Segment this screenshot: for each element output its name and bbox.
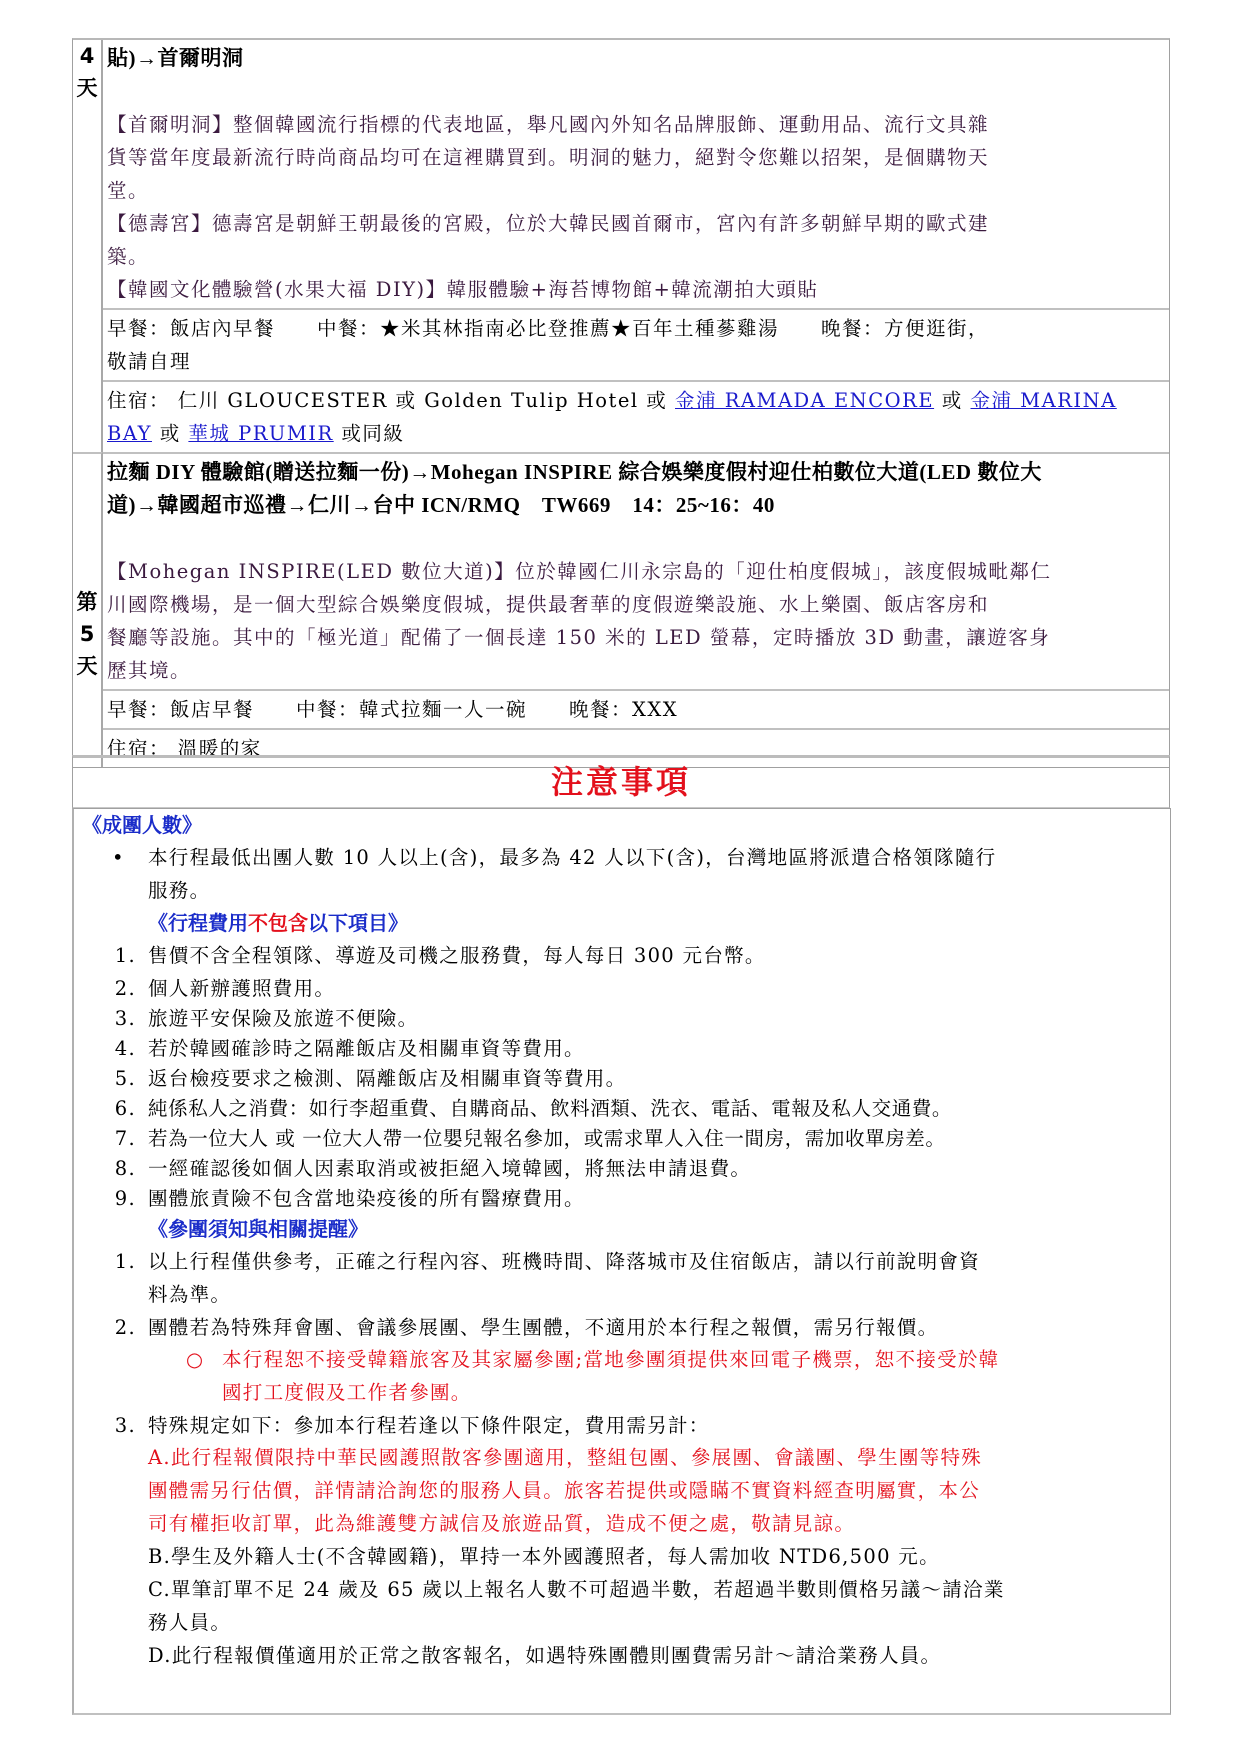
desc-line: 【韓國文化體驗營(水果大福 DIY)】韓服體驗+海苔博物館+韓流潮拍大頭貼 xyxy=(107,273,1163,306)
day5-desc-mohegan: 【Mohegan INSPIRE(LED 數位大道)】位於韓國仁川永宗島的「迎仕… xyxy=(107,555,1163,687)
notes-body: 《成團人數》 • 本行程最低出團人數 10 人以上(含)，最多為 42 人以下(… xyxy=(72,808,1171,1715)
excluded-item: 9.團體旅責險不包含當地染疫後的所有醫療費用。 xyxy=(74,1182,1164,1212)
hotel-link-ramada-encore[interactable]: 金浦 RAMADA ENCORE xyxy=(675,389,934,412)
item-number: 1. xyxy=(100,939,136,972)
item-text: 一經確認後如個人因素取消或被拒絕入境韓國，將無法申請退費。 xyxy=(148,1152,751,1185)
excluded-item: 8.一經確認後如個人因素取消或被拒絕入境韓國，將無法申請退費。 xyxy=(74,1152,1164,1182)
day4-content: 貼)→首爾明洞 【首爾明洞】整個韓國流行指標的代表地區，舉凡國內外知名品牌服飾、… xyxy=(103,40,1169,308)
item-number: 5. xyxy=(100,1062,136,1095)
route-line: 拉麵 DIY 體驗館(贈送拉麵一份)→Mohegan INSPIRE 綜合娛樂度… xyxy=(107,456,1163,489)
desc-line: 餐廳等設施。其中的「極光道」配備了一個長達 150 米的 LED 螢幕，定時播放… xyxy=(107,621,1163,654)
hotel-link-marina-bay[interactable]: 金浦 MARINA xyxy=(970,389,1116,412)
day4-meals: 早餐：飯店內早餐 中餐：★米其林指南必比登推薦★百年土種蔘雞湯 晚餐：方便逛街，… xyxy=(103,308,1169,380)
excluded-item: 6.純係私人之消費：如行李超重費、自購商品、飲料酒類、洗衣、電話、電報及私人交通… xyxy=(74,1092,1164,1122)
note-line: 料為準。 xyxy=(148,1278,980,1311)
note-line: 本行程恕不接受韓籍旅客及其家屬參團;當地參團須提供來回電子機票，恕不接受於韓 xyxy=(222,1343,999,1376)
item-text: 旅遊平安保險及旅遊不便險。 xyxy=(148,1002,418,1035)
item-text: 若為一位大人 或 一位大人帶一位嬰兒報名參加，或需求單人入住一間房，需加收單房差… xyxy=(148,1122,946,1155)
item-number: 3. xyxy=(100,1002,136,1035)
day5-content: 拉麵 DIY 體驗館(贈送拉麵一份)→Mohegan INSPIRE 綜合娛樂度… xyxy=(103,452,1169,689)
reminders-heading: 《參團須知與相關提醒》 xyxy=(148,1213,368,1245)
item-text: 純係私人之消費：如行李超重費、自購商品、飲料酒類、洗衣、電話、電報及私人交通費。 xyxy=(148,1092,952,1125)
item-number: 2. xyxy=(100,972,136,1005)
excluded-item: 5.返台檢疫要求之檢測、隔離飯店及相關車資等費用。 xyxy=(74,1062,1164,1092)
special-rule-b: B.學生及外籍人士(不含韓國籍)，單持一本外國護照者，每人需加收 NTD6,50… xyxy=(148,1540,940,1573)
desc-line: 築。 xyxy=(107,240,1163,273)
note-line: 司有權拒收訂單，此為維護雙方誠信及旅遊品質，造成不便之處，敬請見諒。 xyxy=(148,1507,982,1540)
day4-route: 貼)→首爾明洞 xyxy=(107,42,1163,75)
day4-hotel: 住宿： 仁川 GLOUCESTER 或 Golden Tulip Hotel 或… xyxy=(103,380,1169,452)
notes-title: 注意事項 xyxy=(551,763,691,801)
day5-number: 5 xyxy=(74,618,100,650)
day5-route: 拉麵 DIY 體驗館(贈送拉麵一份)→Mohegan INSPIRE 綜合娛樂度… xyxy=(107,456,1163,522)
hotel-link-marina-bay-cont[interactable]: BAY xyxy=(107,422,152,445)
day4-route-row: 4 天 貼)→首爾明洞 【首爾明洞】整個韓國流行指標的代表地區，舉凡國內外知名品… xyxy=(73,40,1169,308)
hotel-separator: 或 xyxy=(934,389,970,412)
day5-route-row: 第 5 天 拉麵 DIY 體驗館(贈送拉麵一份)→Mohegan INSPIRE… xyxy=(73,452,1169,689)
day4-meals-row: 早餐：飯店內早餐 中餐：★米其林指南必比登推薦★百年土種蔘雞湯 晚餐：方便逛街，… xyxy=(73,308,1169,380)
item-text: 個人新辦護照費用。 xyxy=(148,972,335,1005)
note-line: 團體需另行估價，詳情請洽詢您的服務人員。旅客若提供或隱瞞不實資料經查明屬實，本公 xyxy=(148,1474,982,1507)
item-text: 特殊規定如下：參加本行程若逢以下條件限定，費用需另計： xyxy=(148,1409,710,1442)
note-line: A.此行程報價限持中華民國護照散客參團適用，整組包團、參展團、會議團、學生團等特… xyxy=(148,1441,982,1474)
route-line: 道)→韓國超市巡禮→仁川→台中 ICN/RMQ TW669 14：25~16：4… xyxy=(107,489,1163,522)
excluded-heading-a: 《行程費用 xyxy=(148,911,248,935)
day5-prefix: 第 xyxy=(74,586,100,618)
item-number: 1. xyxy=(100,1245,136,1278)
bullet-icon: • xyxy=(112,841,125,874)
day5-meals-row: 早餐：飯店早餐 中餐：韓式拉麵一人一碗 晚餐：XXX xyxy=(73,689,1169,728)
excluded-item: 1.售價不含全程領隊、導遊及司機之服務費，每人每日 300 元台幣。 xyxy=(74,939,1164,972)
reminder-item-1: 1. 以上行程僅供參考，正確之行程內容、班機時間、降落城市及住宿飯店，請以行前說… xyxy=(74,1245,1164,1278)
day4-desc-culture-camp: 【韓國文化體驗營(水果大福 DIY)】韓服體驗+海苔博物館+韓流潮拍大頭貼 xyxy=(107,273,1163,306)
meals-line: 早餐：飯店內早餐 中餐：★米其林指南必比登推薦★百年土種蔘雞湯 晚餐：方便逛街， xyxy=(107,312,1163,345)
special-rule-a: A.此行程報價限持中華民國護照散客參團適用，整組包團、參展團、會議團、學生團等特… xyxy=(148,1441,982,1540)
desc-line: 【德壽宮】德壽宮是朝鮮王朝最後的宮殿，位於大韓民國首爾市，宮內有許多朝鮮早期的歐… xyxy=(107,207,1163,240)
item-number: 9. xyxy=(100,1182,136,1215)
item-number: 4. xyxy=(100,1032,136,1065)
excluded-item: 7.若為一位大人 或 一位大人帶一位嬰兒報名參加，或需求單人入住一間房，需加收單… xyxy=(74,1122,1164,1152)
excluded-heading-emphasis: 不包含 xyxy=(248,911,308,935)
hotel-separator: 或 xyxy=(152,422,188,445)
item-number: 2. xyxy=(100,1311,136,1344)
note-line: 服務。 xyxy=(148,874,996,907)
item-text: 返台檢疫要求之檢測、隔離飯店及相關車資等費用。 xyxy=(148,1062,626,1095)
item-text: 以上行程僅供參考，正確之行程內容、班機時間、降落城市及住宿飯店，請以行前說明會資… xyxy=(148,1245,980,1311)
desc-line: 貨等當年度最新流行時尚商品均可在這裡購買到。明洞的魅力，絕對令您難以招架，是個購… xyxy=(107,141,1163,174)
excluded-heading-c: 以下項目》 xyxy=(308,911,408,935)
day4-hotel-row: 住宿： 仁川 GLOUCESTER 或 Golden Tulip Hotel 或… xyxy=(73,380,1169,452)
item-text: 售價不含全程領隊、導遊及司機之服務費，每人每日 300 元台幣。 xyxy=(148,939,766,972)
day5-meals: 早餐：飯店早餐 中餐：韓式拉麵一人一碗 晚餐：XXX xyxy=(103,689,1169,728)
notes-title-box: 注意事項 xyxy=(72,755,1170,809)
reminder-item-3: 3. 特殊規定如下：參加本行程若逢以下條件限定，費用需另計： xyxy=(74,1409,1164,1442)
item-number: 6. xyxy=(100,1092,136,1125)
note-line: C.單筆訂單不足 24 歲及 65 歲以上報名人數不可超過半數，若超過半數則價格… xyxy=(148,1573,1005,1606)
desc-line: 堂。 xyxy=(107,174,1163,207)
special-rule-c: C.單筆訂單不足 24 歲及 65 歲以上報名人數不可超過半數，若超過半數則價格… xyxy=(148,1573,1005,1639)
hotel-suffix: 或同級 xyxy=(334,422,405,445)
note-line: 以上行程僅供參考，正確之行程內容、班機時間、降落城市及住宿飯店，請以行前說明會資 xyxy=(148,1245,980,1278)
excluded-item: 3.旅遊平安保險及旅遊不便險。 xyxy=(74,1002,1164,1032)
excluded-list: 1.售價不含全程領隊、導遊及司機之服務費，每人每日 300 元台幣。 2.個人新… xyxy=(74,939,1164,1212)
group-size-text: 本行程最低出團人數 10 人以上(含)，最多為 42 人以下(含)，台灣地區將派… xyxy=(148,841,996,907)
circle-bullet-icon: ○ xyxy=(186,1343,204,1376)
hotel-prefix: 住宿： xyxy=(107,389,170,412)
excluded-heading: 《行程費用不包含以下項目》 xyxy=(148,907,408,939)
item-number: 7. xyxy=(100,1122,136,1155)
day5-unit: 天 xyxy=(74,650,100,682)
item-number: 3. xyxy=(100,1409,136,1442)
item-number: 8. xyxy=(100,1152,136,1185)
day4-desc-deoksugung: 【德壽宮】德壽宮是朝鮮王朝最後的宮殿，位於大韓民國首爾市，宮內有許多朝鮮早期的歐… xyxy=(107,207,1163,273)
day4-desc-myeongdong: 【首爾明洞】整個韓國流行指標的代表地區，舉凡國內外知名品牌服飾、運動用品、流行文… xyxy=(107,108,1163,207)
group-size-heading: 《成團人數》 xyxy=(82,809,202,841)
day4-unit: 天 xyxy=(74,72,100,104)
note-line: 國打工度假及工作者參團。 xyxy=(222,1376,999,1409)
item-text: 團體旅責險不包含當地染疫後的所有醫療費用。 xyxy=(148,1182,585,1215)
desc-line: 【Mohegan INSPIRE(LED 數位大道)】位於韓國仁川永宗島的「迎仕… xyxy=(107,555,1163,588)
excluded-item: 2.個人新辦護照費用。 xyxy=(74,972,1164,1002)
day4-number: 4 xyxy=(74,40,100,72)
meals-line: 敬請自理 xyxy=(107,345,1163,378)
item-text: 本行程恕不接受韓籍旅客及其家屬參團;當地參團須提供來回電子機票，恕不接受於韓 國… xyxy=(222,1343,999,1409)
desc-line: 【首爾明洞】整個韓國流行指標的代表地區，舉凡國內外知名品牌服飾、運動用品、流行文… xyxy=(107,108,1163,141)
special-rule-d: D.此行程報價僅適用於正常之散客報名，如遇特殊團體則團費需另計～請洽業務人員。 xyxy=(148,1639,941,1672)
day5-label: 第 5 天 xyxy=(73,452,103,767)
itinerary-table: 4 天 貼)→首爾明洞 【首爾明洞】整個韓國流行指標的代表地區，舉凡國內外知名品… xyxy=(72,38,1170,768)
desc-line: 歷其境。 xyxy=(107,654,1163,687)
hotel-text: 仁川 GLOUCESTER 或 Golden Tulip Hotel 或 xyxy=(170,389,675,412)
item-text: 若於韓國確診時之隔離飯店及相關車資等費用。 xyxy=(148,1032,585,1065)
item-text: 團體若為特殊拜會團、會議參展團、學生團體，不適用於本行程之報價，需另行報價。 xyxy=(148,1311,938,1344)
hotel-link-prumir[interactable]: 華城 PRUMIR xyxy=(188,422,333,445)
reminder-item-2: 2. 團體若為特殊拜會團、會議參展團、學生團體，不適用於本行程之報價，需另行報價… xyxy=(74,1311,1164,1344)
desc-line: 川國際機場，是一個大型綜合娛樂度假城，提供最奢華的度假遊樂設施、水上樂園、飯店客… xyxy=(107,588,1163,621)
itinerary-page: 4 天 貼)→首爾明洞 【首爾明洞】整個韓國流行指標的代表地區，舉凡國內外知名品… xyxy=(72,38,1170,768)
day4-label: 4 天 xyxy=(73,40,103,452)
excluded-item: 4.若於韓國確診時之隔離飯店及相關車資等費用。 xyxy=(74,1032,1164,1062)
note-line: 本行程最低出團人數 10 人以上(含)，最多為 42 人以下(含)，台灣地區將派… xyxy=(148,841,996,874)
note-line: 務人員。 xyxy=(148,1606,1005,1639)
